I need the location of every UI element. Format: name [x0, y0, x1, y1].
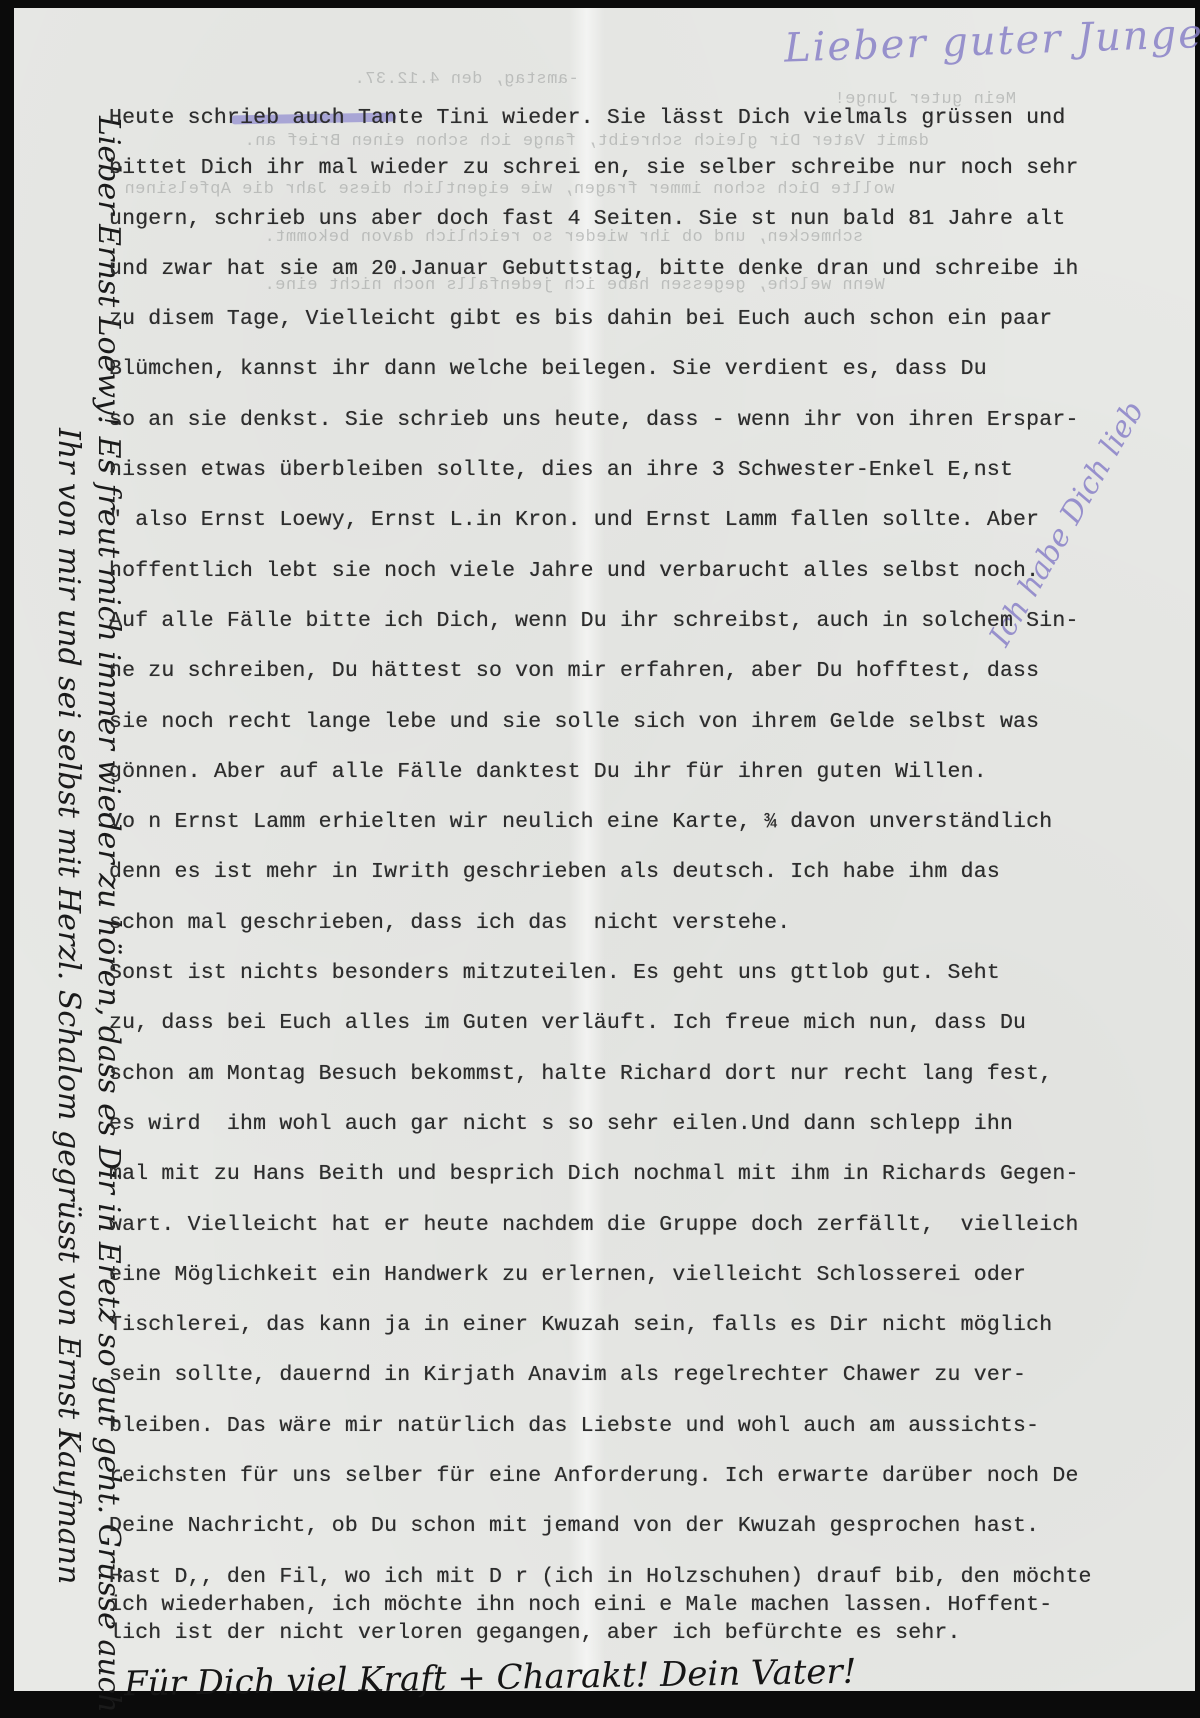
typed-line: Heute schrieb auch Tante Tini wieder. Si… [109, 106, 1200, 156]
typed-line: es wird ihm wohl auch gar nicht s so seh… [109, 1112, 1200, 1162]
typed-line: zu disem Tage, Vielleicht gibt es bis da… [109, 307, 1200, 357]
typed-line: Vo n Ernst Lamm erhielten wir neulich ei… [109, 810, 1200, 860]
pencil-header-note: Lieber guter Junge! [783, 10, 1200, 71]
typed-line: Tischlerei, das kann ja in einer Kwuzah … [109, 1313, 1200, 1363]
typed-line: ungern, schrieb uns aber doch fast 4 Sei… [109, 207, 1200, 257]
typed-line: ich wiederhaben, ich möchte ihn noch ein… [109, 1593, 1200, 1621]
typed-line: eine Möglichkeit ein Handwerk zu erlerne… [109, 1263, 1200, 1313]
typed-line: Auf alle Fälle bitte ich Dich, wenn Du i… [109, 609, 1200, 659]
typed-line: bittet Dich ihr mal wieder zu schrei en,… [109, 156, 1200, 206]
bleed-date-line: -amstag, den 4.12.37. [354, 70, 579, 89]
typed-line: " also Ernst Loewy, Ernst L.in Kron. und… [109, 508, 1200, 558]
typed-line: schon mal geschrieben, dass ich das nich… [109, 911, 1200, 961]
typed-line: gönnen. Aber auf alle Fälle danktest Du … [109, 760, 1200, 810]
typed-line: reichsten für uns selber für eine Anford… [109, 1464, 1200, 1514]
typed-line: wart. Vielleicht hat er heute nachdem di… [109, 1213, 1200, 1263]
typed-line: sein sollte, dauernd in Kirjath Anavim a… [109, 1363, 1200, 1413]
typed-line: sie noch recht lange lebe und sie solle … [109, 710, 1200, 760]
typed-line: bleiben. Das wäre mir natürlich das Lieb… [109, 1414, 1200, 1464]
typed-line: Sonst ist nichts besonders mitzuteilen. … [109, 961, 1200, 1011]
typed-line: hoffentlich lebt sie noch viele Jahre un… [109, 559, 1200, 609]
typed-line: denn es ist mehr in Iwrith geschrieben a… [109, 860, 1200, 910]
typed-line: Blümchen, kannst ihr dann welche beilege… [109, 357, 1200, 407]
typed-line: und zwar hat sie am 20.Januar Gebuttstag… [109, 257, 1200, 307]
typed-letter-body: Heute schrieb auch Tante Tini wieder. Si… [109, 106, 1200, 1649]
typed-line: so an sie denkst. Sie schrieb uns heute,… [109, 408, 1200, 458]
typed-line: zu, dass bei Euch alles im Guten verläuf… [109, 1011, 1200, 1061]
typed-line: Deine Nachricht, ob Du schon mit jemand … [109, 1514, 1200, 1564]
typed-line: mal mit zu Hans Beith und besprich Dich … [109, 1162, 1200, 1212]
margin-handwriting-line-2: Ihr von mir und sei selbst mit Herzl. Sc… [51, 428, 86, 1584]
typed-line: Hast D,, den Fil, wo ich mit D r (ich in… [109, 1565, 1200, 1593]
typed-line: lich ist der nicht verloren gegangen, ab… [109, 1621, 1200, 1649]
typed-line: nissen etwas überbleiben sollte, dies an… [109, 458, 1200, 508]
typed-line: schon am Montag Besuch bekommst, halte R… [109, 1062, 1200, 1112]
typed-line: ne zu schreiben, Du hättest so von mir e… [109, 659, 1200, 709]
handwritten-signature-line: Für Dich viel Kraft + Charakt! Dein Vate… [124, 1652, 857, 1705]
letter-page: -amstag, den 4.12.37. Mein guter Junge! … [14, 8, 1195, 1691]
